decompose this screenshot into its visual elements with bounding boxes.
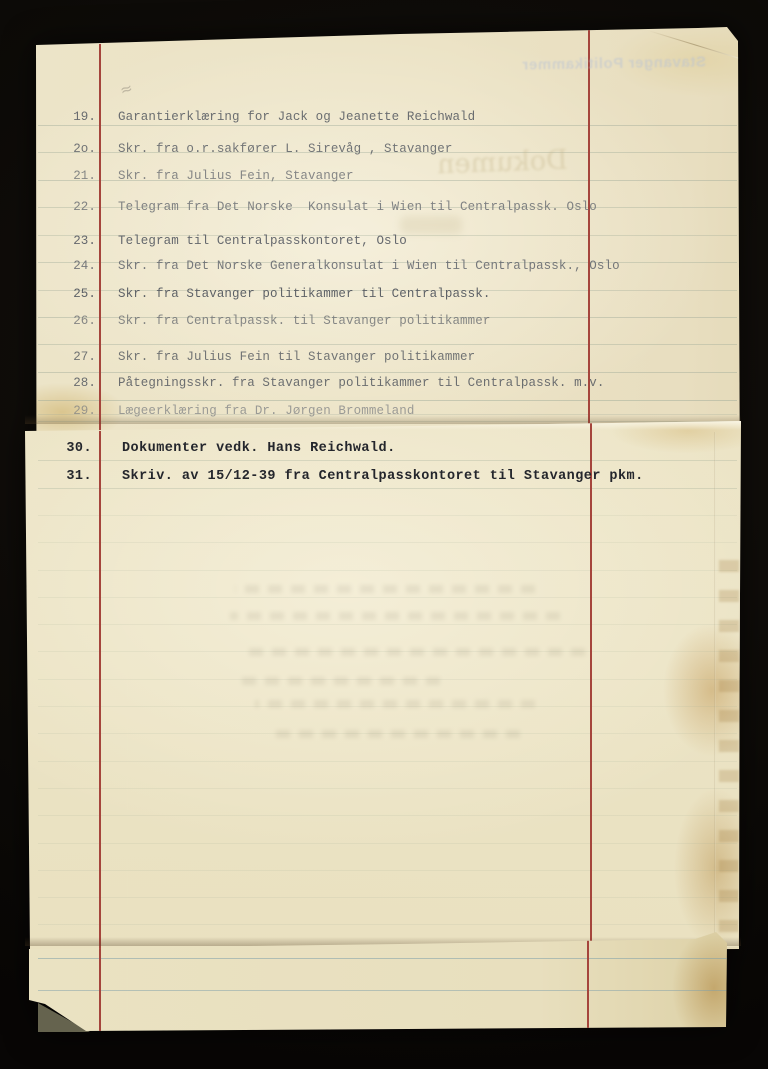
ghost-stamp-text: Stavanger Politikammer: [498, 53, 730, 81]
scanned-page: ≈ Stavanger Politikammer Dokumen 19.Gara…: [0, 0, 768, 1069]
ruled-line: [38, 990, 737, 991]
bleedthrough-smudge: [270, 730, 520, 738]
ruled-line: [38, 400, 737, 401]
bleedthrough-smudge: [230, 612, 560, 620]
bleedthrough-smudge: [255, 700, 535, 708]
ruled-line: [38, 570, 737, 571]
ruled-line: [38, 624, 737, 625]
ruled-line: [38, 262, 737, 263]
ruled-line: [38, 207, 737, 208]
ruled-line: [38, 542, 737, 543]
ruled-line: [38, 815, 737, 816]
ruled-line: [38, 290, 737, 291]
margin-line-right: [587, 939, 589, 1028]
ruled-line: [38, 488, 737, 489]
ruled-line: [38, 460, 737, 461]
sheet-overlap-shadow: [25, 415, 741, 424]
edge-stain: [719, 560, 739, 945]
margin-line-left: [99, 431, 101, 952]
ruled-line: [38, 180, 737, 181]
ruled-line: [38, 235, 737, 236]
ruled-line: [38, 372, 737, 373]
bleedthrough-smudge: [240, 677, 440, 685]
ruled-line: [38, 958, 737, 959]
ruled-line: [38, 515, 737, 516]
ruled-line: [38, 924, 737, 925]
margin-line-right: [590, 423, 592, 947]
margin-line-left: [99, 947, 101, 1031]
pencil-mark: ≈: [118, 78, 136, 99]
vertical-crease: [714, 432, 716, 942]
bleedthrough-smudge: [235, 585, 535, 593]
ruled-line: [38, 788, 737, 789]
bleedthrough-smudge: [245, 648, 585, 656]
ghost-heading-text: Dokumen: [394, 143, 610, 184]
bleedthrough-blob: [400, 216, 462, 234]
ruled-line: [38, 344, 737, 345]
ruled-line: [38, 843, 737, 844]
ruled-line: [38, 152, 737, 153]
ruled-line: [38, 125, 737, 126]
ruled-line: [38, 761, 737, 762]
ruled-line: [38, 597, 737, 598]
paper-stack: ≈ Stavanger Politikammer Dokumen 19.Gara…: [0, 0, 768, 1069]
ruled-line: [38, 897, 737, 898]
ruled-line: [38, 317, 737, 318]
ruled-line: [38, 870, 737, 871]
